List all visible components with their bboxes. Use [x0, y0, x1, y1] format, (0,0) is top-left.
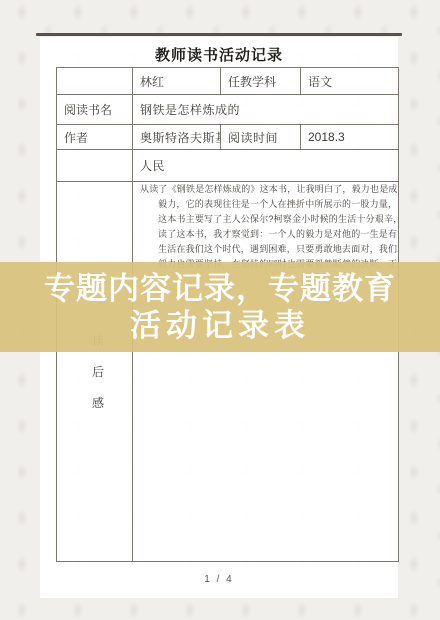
publisher-value: 人民: [133, 150, 399, 182]
essay-paragraph: 读了这本书，我才察觉到：一个人的毅力是对他的一生是有很大影响的。就拿这本书的主人…: [140, 227, 398, 242]
subject-value: 语文: [301, 68, 399, 95]
essay-cell: 从读了《钢铁是怎样炼成的》这本书，让我明白了，毅力也是成功之本，是一种韧劲，是一…: [133, 182, 399, 562]
reading-time-value: 2018.3: [301, 125, 399, 150]
label-char: 感: [92, 394, 104, 411]
book-name-value: 钢铁是怎样炼成的: [133, 95, 399, 125]
name-label-cell: [57, 68, 133, 95]
promo-banner-overlay: 专题内容记录，专题教育 活动记录表: [0, 262, 440, 352]
book-name-label: 阅读书名: [57, 95, 133, 125]
banner-line1: 专题内容记录，专题教育: [44, 270, 396, 307]
page-title: 教师读书活动记录: [40, 44, 398, 65]
document-canvas: 教师读书活动记录 林红 任教学科 语文 阅读书名 钢铁是怎样炼成的 作者 奥斯特…: [0, 0, 440, 620]
essay-paragraph: 生活在我们这个时代，遇到困难，只要勇敢地去面对，我们就会察觉，我们也是有毅力的。…: [140, 242, 398, 257]
subject-label: 任教学科: [221, 68, 301, 95]
author-label: 作者: [57, 125, 133, 150]
table-row: 读 后 感 从读了《钢铁是怎样炼成的》这本书，让我明白了，毅力也是成功之本，是一…: [57, 182, 399, 562]
label-char: 后: [92, 363, 104, 380]
essay-text: 从读了《钢铁是怎样炼成的》这本书，让我明白了，毅力也是成功之本，是一种韧劲，是一…: [140, 182, 398, 561]
table-row: 作者 奥斯特洛夫斯基 阅读时间 2018.3: [57, 125, 399, 150]
page-top-edge: [36, 33, 402, 36]
publisher-label-cell: [57, 150, 133, 182]
essay-paragraph: 这本书主要写了主人公保尔?柯察金小时候的生活十分艰辛，不是被母亲责骂，就是受神父…: [140, 212, 398, 227]
page-number: 1 / 4: [40, 574, 398, 585]
author-value: 奥斯特洛夫斯基: [133, 125, 221, 150]
table-row: 人民: [57, 150, 399, 182]
table-row: 林红 任教学科 语文: [57, 68, 399, 95]
banner-line2: 活动记录表: [130, 307, 310, 344]
teacher-name: 林红: [133, 68, 221, 95]
table-row: 阅读书名 钢铁是怎样炼成的: [57, 95, 399, 125]
essay-text-segment: 生活在我们这个时代，遇到困难，只要勇敢地去面对，我们就会察觉，我们也是有毅力的。…: [158, 244, 398, 254]
reading-time-label: 阅读时间: [221, 125, 301, 150]
essay-label-cell: 读 后 感: [57, 182, 133, 562]
essay-paragraph: 毅力，它的表现往往是一个人在挫折中所展示的一股力量，有了毅力，人们就不会向挫折和…: [140, 197, 398, 212]
essay-paragraph: 从读了《钢铁是怎样炼成的》这本书，让我明白了，毅力也是成功之本，是一种韧劲，是一…: [140, 182, 398, 197]
